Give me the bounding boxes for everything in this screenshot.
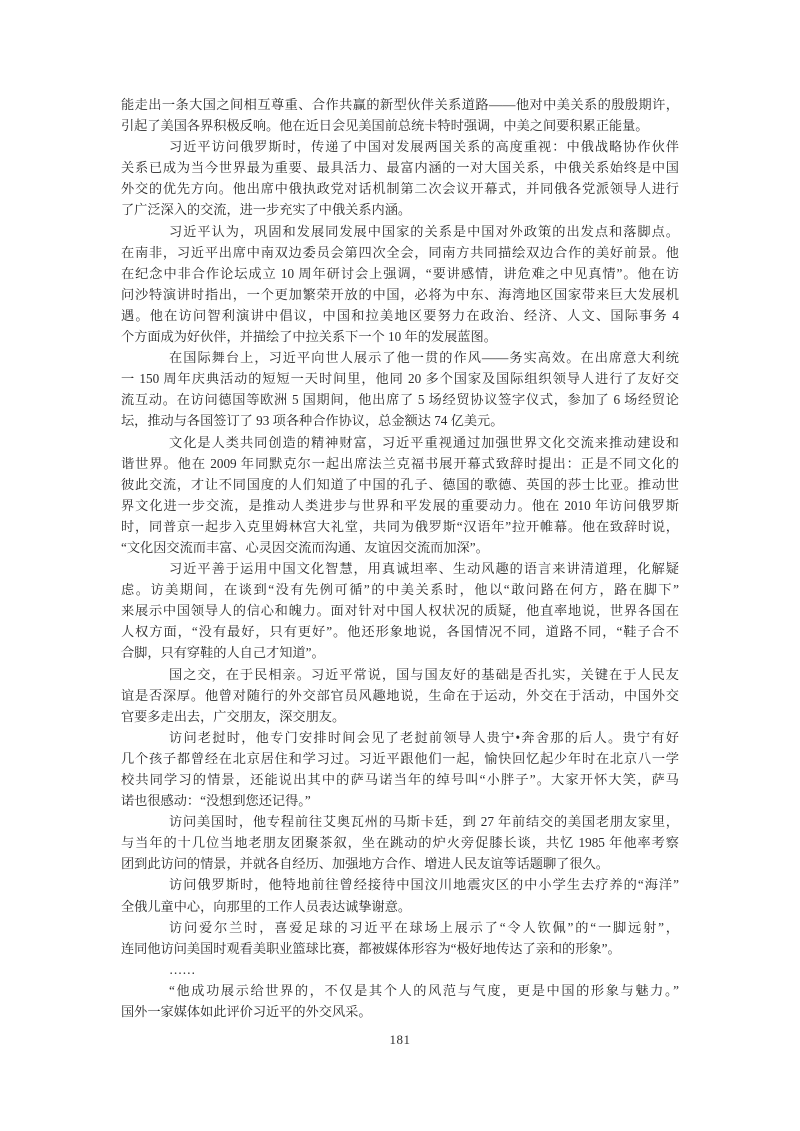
text-line: “他成功展示给世界的，不仅是其个人的风范与气度，更是中国的形象与魅力。” [121, 980, 679, 1001]
document-body: 能走出一条大国之间相互尊重、合作共赢的新型伙伴关系道路——他对中美关系的殷殷期许… [121, 94, 679, 1022]
text-line: 习近平善于运用中国文化智慧，用真诚坦率、生动风趣的语言来讲清道理，化解疑 [121, 558, 679, 579]
text-line: 来展示中国领导人的信心和魄力。面对针对中国人权状况的质疑，他直率地说，世界各国在 [121, 600, 679, 621]
text-line: 界文化进一步交流，是推动人类进步与世界和平发展的重要动力。他在 2010 年访问… [121, 495, 679, 516]
page-number: 181 [121, 1032, 679, 1048]
text-line: 在国际舞台上，习近平向世人展示了他一贯的作风——务实高效。在出席意大利统 [121, 347, 679, 368]
text-line: 连同他访问美国时观看美职业篮球比赛，都被媒体形容为“极好地传达了亲和的形象”。 [121, 938, 679, 959]
text-line: 国之交，在于民相亲。习近平常说，国与国友好的基础是否扎实，关键在于人民友 [121, 664, 679, 685]
text-line: 个方面成为好伙伴，并描绘了中拉关系下一个 10 年的发展蓝图。 [121, 326, 679, 347]
text-line: 彼此交流，才让不同国度的人们知道了中国的孔子、德国的歌德、英国的莎士比亚。推动世 [121, 474, 679, 495]
text-line: 坛，推动与各国签订了 93 项各种合作协议，总金额达 74 亿美元。 [121, 410, 679, 431]
text-line: 诺也很感动：“没想到您还记得。” [121, 790, 679, 811]
text-line: 时，同普京一起步入克里姆林宫大礼堂，共同为俄罗斯“汉语年”拉开帷幕。他在致辞时说… [121, 516, 679, 537]
text-line: 访问老挝时，他专门安排时间会见了老挝前领导人贵宁•奔舍那的后人。贵宁有好 [121, 727, 679, 748]
text-line: 全俄儿童中心，向那里的工作人员表达诚挚谢意。 [121, 896, 679, 917]
text-line: 校共同学习的情景，还能说出其中的萨马诺当年的绰号叫“小胖子”。大家开怀大笑，萨马 [121, 769, 679, 790]
text-line: 文化是人类共同创造的精神财富，习近平重视通过加强世界文化交流来推动建设和 [121, 432, 679, 453]
document-page: 能走出一条大国之间相互尊重、合作共赢的新型伙伴关系道路——他对中美关系的殷殷期许… [0, 0, 800, 1131]
text-line: “文化因交流而丰富、心灵因交流而沟通、友谊因交流而加深”。 [121, 537, 679, 558]
text-line: 外交的优先方向。他出席中俄执政党对话机制第二次会议开幕式，并同俄各党派领导人进行 [121, 178, 679, 199]
text-line: 访问俄罗斯时，他特地前往曾经接待中国汶川地震灾区的中小学生去疗养的“海洋” [121, 874, 679, 895]
text-line: 引起了美国各界积极反响。他在近日会见美国前总统卡特时强调，中美之间要积累正能量。 [121, 115, 679, 136]
text-line: 虑。访美期间，在谈到“没有先例可循”的中美关系时，他以“敢问路在何方，路在脚下” [121, 579, 679, 600]
text-line: 合脚，只有穿鞋的人自己才知道”。 [121, 642, 679, 663]
text-line: 在纪念中非合作论坛成立 10 周年研讨会上强调，“要讲感情，讲危难之中见真情”。… [121, 263, 679, 284]
text-line: 在南非，习近平出席中南双边委员会第四次全会，同南方共同描绘双边合作的美好前景。他 [121, 242, 679, 263]
text-line: 遇。他在访问智利演讲中倡议，中国和拉美地区要努力在政治、经济、人文、国际事务 4 [121, 305, 679, 326]
text-line: 几个孩子都曾经在北京居住和学习过。习近平跟他们一起，愉快回忆起少年时在北京八一学 [121, 748, 679, 769]
text-line: 了广泛深入的交流，进一步充实了中俄关系内涵。 [121, 199, 679, 220]
text-line: 访问美国时，他专程前往艾奥瓦州的马斯卡廷，到 27 年前结交的美国老朋友家里， [121, 811, 679, 832]
text-line: 问沙特演讲时指出，一个更加繁荣开放的中国，必将为中东、海湾地区国家带来巨大发展机 [121, 284, 679, 305]
text-line: 官要多走出去，广交朋友，深交朋友。 [121, 706, 679, 727]
text-line: 谊是否深厚。他曾对随行的外交部官员风趣地说，生命在于运动，外交在于活动，中国外交 [121, 685, 679, 706]
text-line: 谐世界。他在 2009 年同默克尔一起出席法兰克福书展开幕式致辞时提出：正是不同… [121, 453, 679, 474]
text-line: 习近平认为，巩固和发展同发展中国家的关系是中国对外政策的出发点和落脚点。 [121, 221, 679, 242]
text-line: …… [121, 959, 679, 980]
text-line: 与当年的十几位当地老朋友团聚茶叙，坐在跳动的炉火旁促膝长谈，共忆 1985 年他… [121, 832, 679, 853]
text-line: 团到此访问的情景，并就各自经历、加强地方合作、增进人民友谊等话题聊了很久。 [121, 853, 679, 874]
text-line: 能走出一条大国之间相互尊重、合作共赢的新型伙伴关系道路——他对中美关系的殷殷期许… [121, 94, 679, 115]
text-line: 流互动。在访问德国等欧洲 5 国期间，他出席了 5 场经贸协议签字仪式，参加了 … [121, 389, 679, 410]
text-line: 国外一家媒体如此评价习近平的外交风采。 [121, 1001, 679, 1022]
text-line: 习近平访问俄罗斯时，传递了中国对发展两国关系的高度重视：中俄战略协作伙伴 [121, 136, 679, 157]
text-line: 一 150 周年庆典活动的短短一天时间里，他同 20 多个国家及国际组织领导人进… [121, 368, 679, 389]
text-line: 人权方面，“没有最好，只有更好”。他还形象地说，各国情况不同，道路不同，“鞋子合… [121, 621, 679, 642]
text-line: 关系已成为当今世界最为重要、最具活力、最富内涵的一对大国关系，中俄关系始终是中国 [121, 157, 679, 178]
text-line: 访问爱尔兰时，喜爱足球的习近平在球场上展示了“令人钦佩”的“一脚远射”， [121, 917, 679, 938]
